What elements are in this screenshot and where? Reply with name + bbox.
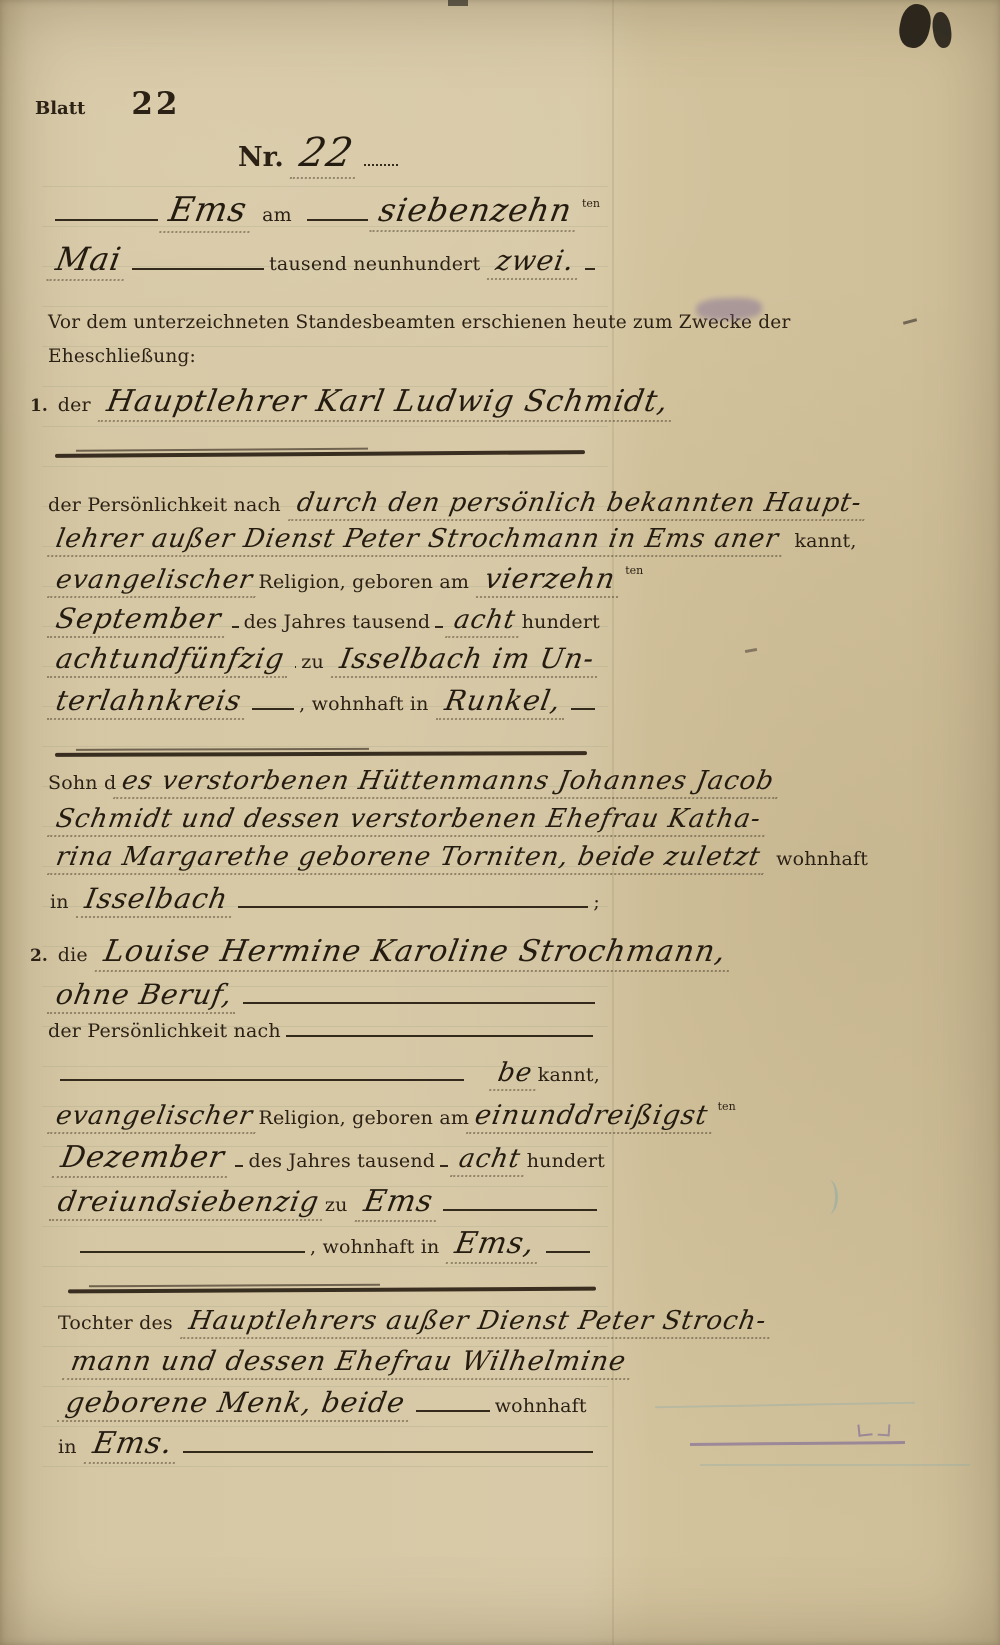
ink-bleed-line bbox=[700, 1464, 970, 1466]
identity-entry-2: lehrer außer Dienst Peter Strochmann in … bbox=[47, 524, 787, 557]
bride-residence-row: , wohnhaft in Ems, bbox=[75, 1226, 595, 1264]
sheet-number: 22 bbox=[131, 86, 180, 122]
groom-parents-entry-3: rina Margarethe geborene Torniten, beide… bbox=[47, 842, 769, 875]
blank-rule bbox=[80, 1247, 305, 1253]
ink-bleed-line bbox=[655, 1402, 915, 1409]
identity-label: der Persönlichkeit nach bbox=[48, 494, 281, 516]
bride-parents-row-2: mann und dessen Ehefrau Wilhelmine bbox=[65, 1346, 585, 1380]
bride-parents-row-1: Tochter des Hauptlehrers außer Dienst Pe… bbox=[58, 1306, 613, 1339]
groom-parents-row-2: Schmidt und dessen verstorbenen Ehefrau … bbox=[50, 804, 600, 837]
groom-birth-day: vierzehn bbox=[476, 562, 624, 598]
groom-parents-row-3: rina Margarethe geborene Torniten, beide… bbox=[50, 842, 600, 875]
semicolon: ; bbox=[593, 891, 600, 913]
blank-rule bbox=[416, 1406, 490, 1412]
am-label: am bbox=[262, 204, 292, 226]
bride-birth-place: Ems bbox=[354, 1184, 441, 1222]
blank-rule bbox=[546, 1247, 590, 1253]
intro-text-2: Eheschließung: bbox=[48, 346, 196, 367]
bride-birth-month: Dezember bbox=[52, 1140, 234, 1178]
wohnhaft-label: , wohnhaft in bbox=[299, 693, 428, 715]
blank-rule bbox=[440, 1161, 448, 1167]
blank-rule bbox=[364, 160, 398, 166]
dateline-place-row: Ems am siebenzehn ten bbox=[50, 190, 600, 233]
year-printed-label: tausend neunhundert bbox=[269, 253, 480, 275]
bride-identity-entry: be bbox=[489, 1058, 541, 1091]
bride-parents-residence: Ems. bbox=[83, 1426, 181, 1464]
blank-rule bbox=[252, 704, 294, 710]
pen-tick bbox=[745, 648, 757, 653]
bride-in-label: in bbox=[58, 1436, 77, 1458]
bride-name-row: 2. die Louise Hermine Karoline Strochman… bbox=[30, 934, 610, 972]
blank-rule bbox=[60, 1075, 464, 1081]
bride-parents-entry-2: mann und dessen Ehefrau Wilhelmine bbox=[62, 1346, 635, 1380]
corner-ink-blob bbox=[931, 11, 954, 49]
bride-hundert-label: hundert bbox=[527, 1150, 605, 1172]
groom-parents-entry-1: es verstorbenen Hüttenmanns Johannes Jac… bbox=[113, 766, 783, 799]
bride-wohnhaft2-label: wohnhaft bbox=[495, 1395, 587, 1417]
bride-parents-entry-3: geborene Menk, beide bbox=[57, 1386, 414, 1422]
intro-text-1: Vor dem unterzeichneten Standesbeamten e… bbox=[48, 312, 790, 333]
groom-identity-row-2: lehrer außer Dienst Peter Strochmann in … bbox=[50, 524, 600, 557]
bride-birth-row-1: Dezember des Jahres tausend acht hundert bbox=[55, 1140, 605, 1178]
groom-birth-row-3: terlahnkreis , wohnhaft in Runkel, bbox=[50, 684, 600, 720]
blank-rule bbox=[443, 1205, 597, 1211]
bride-birth-row-2: dreiundsiebenzig zu Ems bbox=[52, 1184, 602, 1222]
blank-rule bbox=[235, 1161, 243, 1167]
record-number-row: Nr. 22 bbox=[238, 130, 438, 179]
bride-name-entry: Louise Hermine Karoline Strochmann, bbox=[94, 934, 734, 972]
groom-birth-row-1: September des Jahres tausend acht hunder… bbox=[50, 602, 600, 638]
bride-religion-label: Religion, geboren am bbox=[258, 1107, 469, 1129]
bride-parents-row-4: in Ems. bbox=[58, 1426, 598, 1464]
violet-pencil-mark bbox=[878, 1424, 891, 1437]
groom-birth-place-1: Isselbach im Un- bbox=[331, 642, 603, 678]
groom-religion-entry: evangelischer bbox=[47, 565, 261, 598]
blank-rule bbox=[238, 902, 588, 908]
bride-occupation-row: ohne Beruf, bbox=[50, 978, 600, 1014]
bride-article: die bbox=[58, 944, 88, 966]
violet-pencil-mark bbox=[857, 1423, 872, 1436]
bride-occupation-entry: ohne Beruf, bbox=[47, 978, 242, 1014]
groom-parents-residence: Isselbach bbox=[76, 882, 237, 918]
day-entry: siebenzehn bbox=[370, 191, 582, 232]
bride-identity-row-1: der Persönlichkeit nach bbox=[48, 1020, 598, 1042]
groom-birth-row-2: achtundfünfzig zu Isselbach im Un- bbox=[50, 642, 600, 678]
blank-rule bbox=[183, 1447, 593, 1453]
sheet-header: Blatt 22 bbox=[35, 86, 335, 122]
bride-residence-entry: Ems, bbox=[446, 1226, 544, 1264]
bride-birth-day: einunddreißigst bbox=[466, 1100, 717, 1134]
hundert-label: hundert bbox=[522, 611, 600, 633]
intro-line-2: Eheschließung: bbox=[48, 346, 598, 367]
groom-religion-row: evangelischer Religion, geboren am vierz… bbox=[50, 562, 600, 598]
blank-rule bbox=[295, 662, 296, 668]
blank-rule bbox=[243, 998, 595, 1004]
dateline-year-row: Mai tausend neunhundert zwei. bbox=[50, 240, 600, 281]
bride-parents-entry-1: Hauptlehrers außer Dienst Peter Stroch- bbox=[180, 1306, 775, 1339]
groom-parents-row-4: in Isselbach ; bbox=[50, 882, 600, 918]
bride-identity-label: der Persönlichkeit nach bbox=[48, 1020, 281, 1042]
blank-rule bbox=[435, 622, 443, 628]
groom-birth-month: September bbox=[47, 602, 230, 638]
record-number-label: Nr. bbox=[238, 142, 284, 173]
wohnhaft2-label: wohnhaft bbox=[776, 848, 868, 870]
groom-name-row: 1. der Hauptlehrer Karl Ludwig Schmidt, bbox=[30, 384, 605, 422]
bride-birth-year: dreiundsiebenzig bbox=[49, 1185, 328, 1221]
bride-religion-entry: evangelischer bbox=[47, 1101, 261, 1134]
bride-religion-row: evangelischer Religion, geboren am einun… bbox=[50, 1100, 600, 1134]
groom-birth-year: achtundfünfzig bbox=[47, 642, 293, 678]
daughter-label: Tochter des bbox=[58, 1312, 173, 1334]
blank-rule bbox=[55, 215, 158, 221]
son-label: Sohn d bbox=[48, 772, 116, 794]
month-entry: Mai bbox=[46, 240, 130, 281]
bride-index: 2. bbox=[30, 946, 48, 966]
groom-index: 1. bbox=[30, 396, 48, 416]
jahres-label: des Jahres tausend bbox=[244, 611, 431, 633]
intro-line-1: Vor dem unterzeichneten Standesbeamten e… bbox=[48, 312, 608, 333]
bride-jahres-label: des Jahres tausend bbox=[248, 1150, 435, 1172]
bride-identity-row-2: be kannt, bbox=[55, 1058, 600, 1091]
groom-name-entry: Hauptlehrer Karl Ludwig Schmidt, bbox=[97, 384, 677, 422]
in-label: in bbox=[50, 891, 69, 913]
blank-rule bbox=[571, 704, 595, 710]
identity-printed-end: kannt, bbox=[794, 530, 856, 552]
day-ordinal-suffix: ten bbox=[582, 197, 600, 210]
blank-rule bbox=[585, 264, 595, 270]
groom-article: der bbox=[58, 394, 91, 416]
record-number-value: 22 bbox=[290, 130, 364, 179]
groom-identity-row-1: der Persönlichkeit nach durch den persön… bbox=[48, 488, 598, 521]
blank-rule bbox=[307, 215, 369, 221]
violet-pencil-line bbox=[690, 1441, 905, 1446]
bride-zu-label: zu bbox=[325, 1194, 348, 1216]
groom-birth-place-2: terlahnkreis bbox=[47, 684, 251, 720]
bride-birth-day-suffix: ten bbox=[718, 1100, 736, 1113]
religion-label: Religion, geboren am bbox=[258, 571, 469, 593]
groom-residence: Runkel, bbox=[435, 684, 569, 720]
separator-rule bbox=[55, 450, 585, 458]
groom-birth-day-suffix: ten bbox=[625, 564, 643, 577]
year-entry: zwei. bbox=[487, 244, 584, 280]
groom-parents-entry-2: Schmidt und dessen verstorbenen Ehefrau … bbox=[47, 804, 769, 837]
pen-tick bbox=[903, 318, 917, 325]
sheet-label: Blatt bbox=[35, 98, 85, 119]
blank-rule bbox=[286, 1031, 593, 1037]
ink-bleed-arc bbox=[820, 1180, 838, 1214]
bride-wohnhaft-label: , wohnhaft in bbox=[310, 1236, 439, 1258]
register-page: Blatt 22 Nr. 22 Ems am siebenzehn ten Ma… bbox=[0, 0, 1000, 1645]
edge-mark bbox=[448, 0, 468, 6]
bride-century-entry: acht bbox=[451, 1144, 530, 1177]
bride-identity-printed-end: kannt, bbox=[538, 1064, 600, 1086]
identity-entry-1: durch den persönlich bekannten Haupt- bbox=[288, 488, 870, 521]
groom-century-entry: acht bbox=[446, 605, 525, 638]
place-entry: Ems bbox=[159, 190, 256, 233]
groom-parents-row-1: Sohn d es verstorbenen Hüttenmanns Johan… bbox=[48, 766, 608, 799]
separator-rule bbox=[55, 751, 587, 757]
corner-ink-blob bbox=[896, 1, 934, 50]
blank-rule bbox=[132, 264, 264, 270]
bride-parents-row-3: geborene Menk, beide wohnhaft bbox=[60, 1386, 600, 1422]
separator-rule bbox=[68, 1287, 596, 1294]
blank-rule bbox=[232, 622, 239, 628]
zu-label: zu bbox=[301, 651, 324, 673]
